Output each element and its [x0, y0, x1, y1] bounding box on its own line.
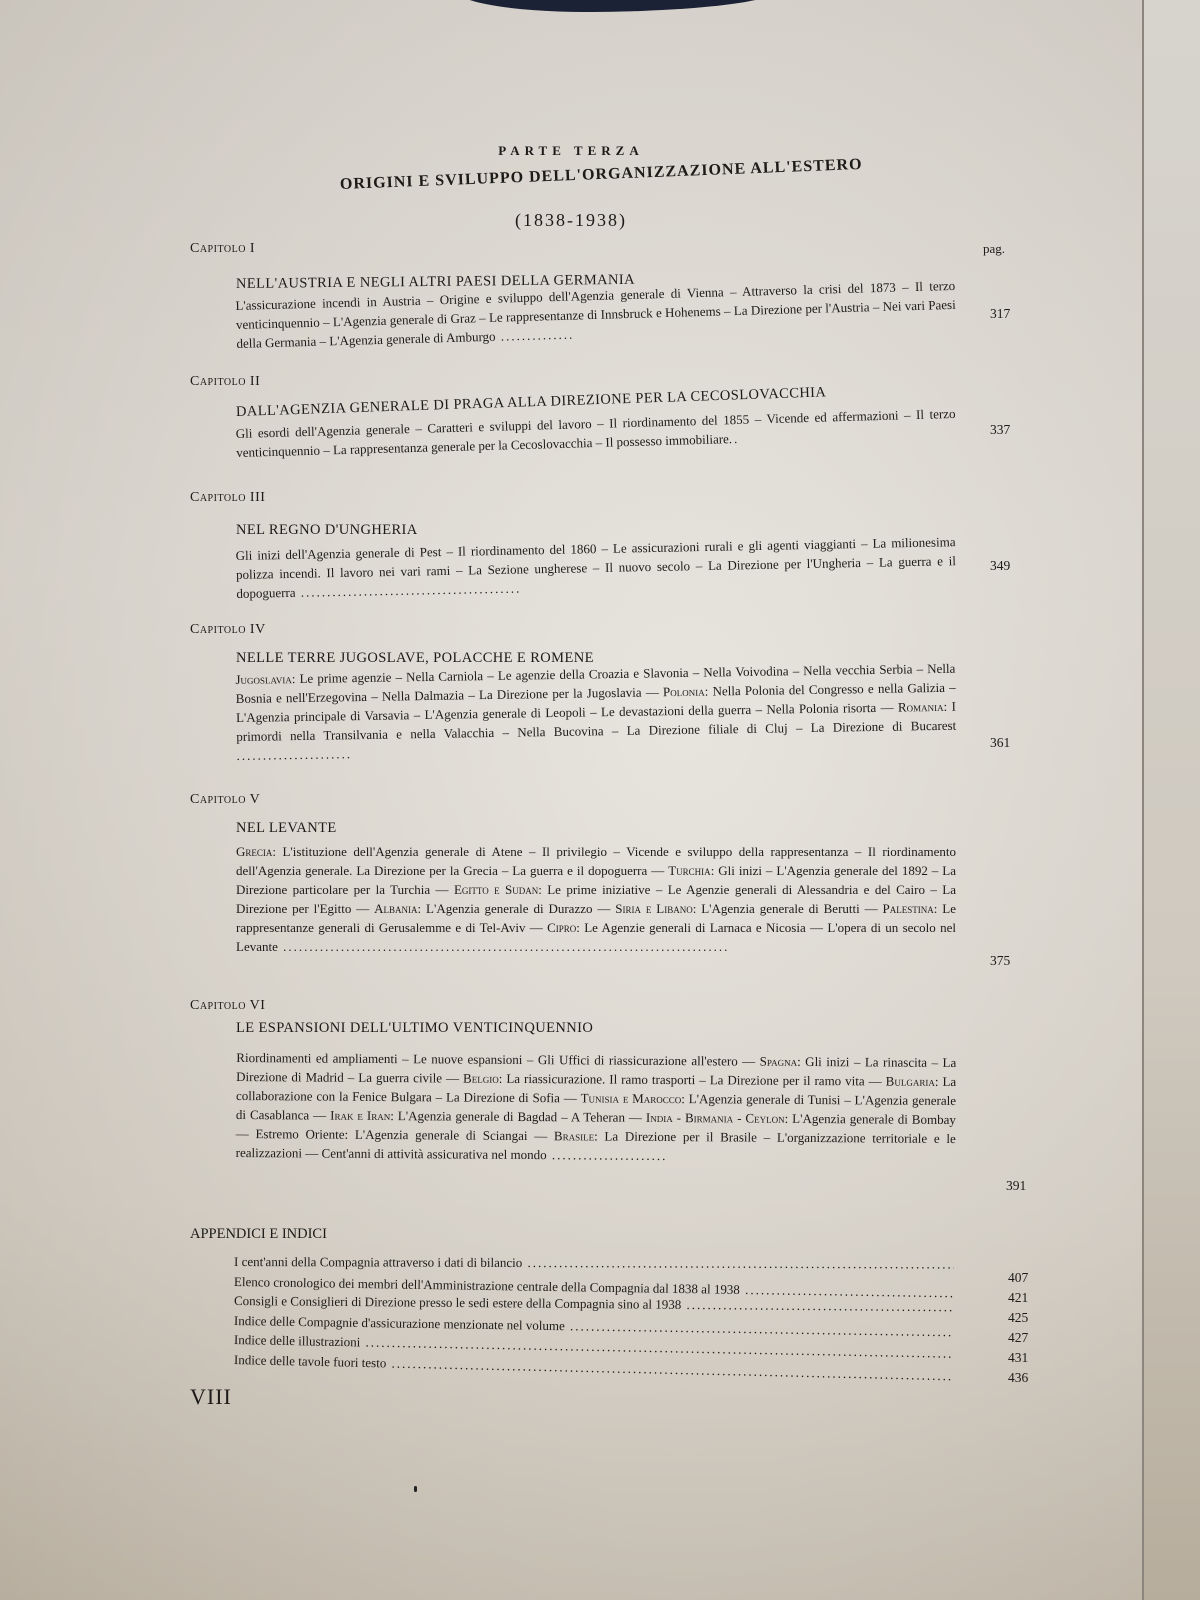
chapter-label: Capitolo II — [190, 374, 260, 390]
appendix-page: 436 — [1008, 1368, 1028, 1388]
chapter-page-number: 391 — [1006, 1178, 1026, 1194]
appendix-title: APPENDICI E INDICI — [190, 1226, 327, 1243]
chapter-label: Capitolo III — [190, 490, 265, 506]
appendix-item: I cent'anni della Compagnia attraverso i… — [234, 1252, 954, 1274]
chapter-page-number: 349 — [990, 558, 1010, 574]
chapter-title: LE ESPANSIONI DELL'ULTIMO VENTICINQUENNI… — [236, 1020, 593, 1037]
chapter-page-number: 361 — [990, 735, 1010, 751]
appendix-page: 431 — [1008, 1348, 1028, 1368]
chapter-label: Capitolo V — [190, 792, 260, 808]
chapter-title: NEL REGNO D'UNGHERIA — [236, 522, 418, 539]
next-page-edge — [1142, 0, 1200, 1600]
chapter-page-number: 337 — [990, 422, 1010, 438]
chapter-page-number: 317 — [990, 306, 1010, 322]
appendix-page: 421 — [1008, 1288, 1028, 1308]
appendix-page: 425 — [1008, 1308, 1028, 1328]
section-years: (1838-1938) — [0, 210, 1142, 231]
chapter-description: Riordinamenti ed ampliamenti – Le nuove … — [236, 1048, 957, 1167]
chapter-label: Capitolo I — [190, 241, 255, 257]
chapter-title: NEL LEVANTE — [236, 820, 337, 837]
chapter-label: Capitolo IV — [190, 622, 266, 638]
page-folio: VIII — [190, 1384, 232, 1410]
ink-speck — [414, 1486, 417, 1492]
page-column-label: pag. — [983, 241, 1005, 257]
appendix-page: 427 — [1008, 1328, 1028, 1348]
appendix-list: I cent'anni della Compagnia attraverso i… — [234, 1252, 954, 1369]
appendix-page: 407 — [1008, 1268, 1028, 1288]
appendix-page-numbers: 407 421 425 427 431 436 — [1008, 1268, 1028, 1388]
chapter-page-number: 375 — [990, 953, 1010, 969]
part-heading: PARTE TERZA — [0, 143, 1142, 159]
chapter-label: Capitolo VI — [190, 998, 265, 1014]
chapter-description: Grecia: L'istituzione dell'Agenzia gener… — [236, 842, 956, 956]
chapter-description: Jugoslavia: Le prime agenzie – Nella Car… — [235, 659, 956, 765]
